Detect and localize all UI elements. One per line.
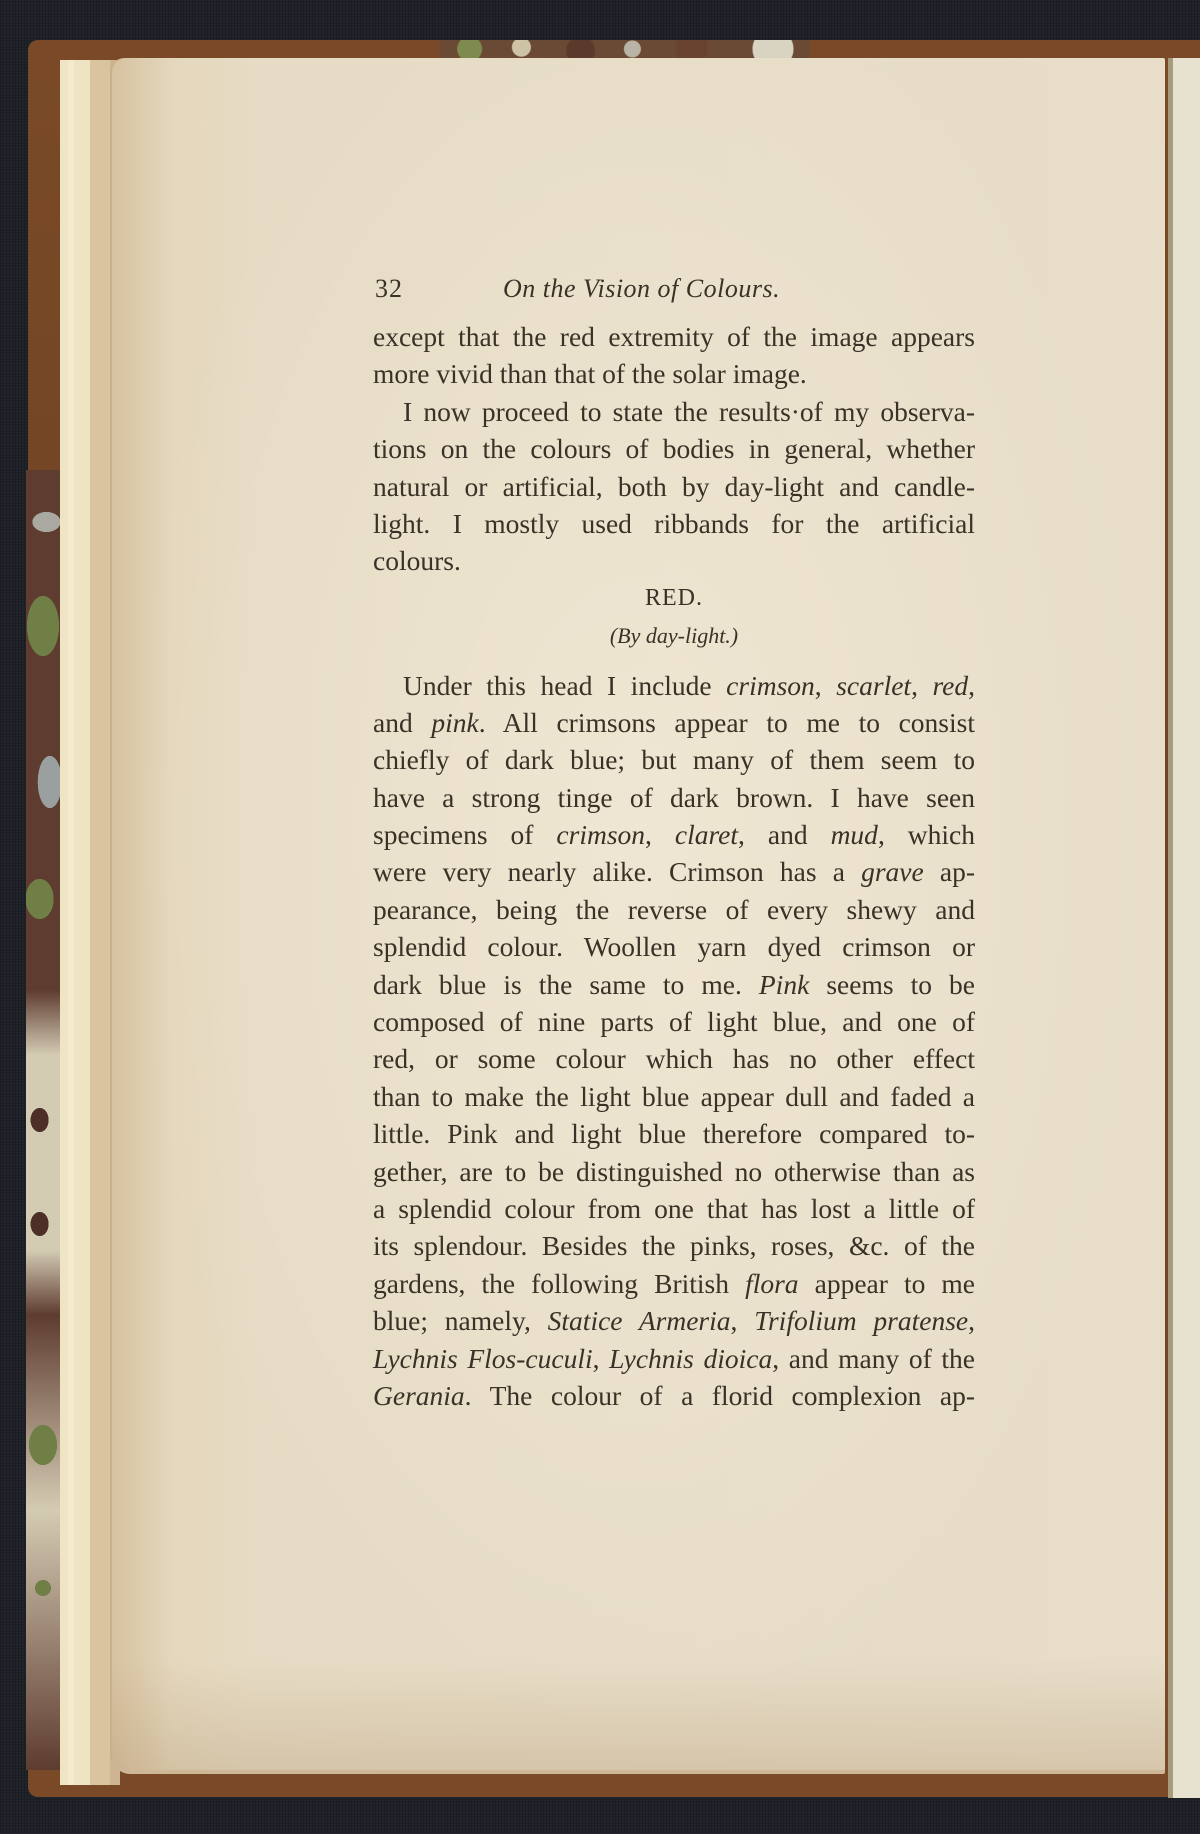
text-line: pearance, being the reverse of every she… bbox=[373, 891, 975, 928]
running-head-title: On the Vision of Colours. bbox=[503, 270, 780, 307]
text-line: have a strong tinge of dark brown. I hav… bbox=[373, 779, 975, 816]
marbled-endpaper-top bbox=[440, 40, 810, 58]
page-stack-edge bbox=[60, 60, 120, 1785]
text-line: Under this head I include crimson, scarl… bbox=[373, 667, 975, 704]
text-line: composed of nine parts of light blue, an… bbox=[373, 1003, 975, 1040]
text-line: I now proceed to state the results·of my… bbox=[373, 393, 975, 430]
text-line: its splendour. Besides the pinks, roses,… bbox=[373, 1227, 975, 1264]
section-subheading-text: (By day-light.) bbox=[610, 623, 738, 648]
marbled-endpaper-left bbox=[26, 470, 60, 1770]
page-text-block: 32 On the Vision of Colours. except that… bbox=[373, 270, 975, 1414]
text-line: were very nearly alike. Crimson has a gr… bbox=[373, 853, 975, 890]
running-head: 32 On the Vision of Colours. bbox=[373, 270, 975, 318]
text-line: Gerania. The colour of a florid complexi… bbox=[373, 1377, 975, 1414]
text-line: more vivid than that of the solar image. bbox=[373, 355, 975, 392]
text-line: splendid colour. Woollen yarn dyed crims… bbox=[373, 928, 975, 965]
text-line: gether, are to be distinguished no other… bbox=[373, 1153, 975, 1190]
text-line: specimens of crimson, claret, and mud, w… bbox=[373, 816, 975, 853]
page-number: 32 bbox=[375, 270, 403, 307]
text-line: little. Pink and light blue therefore co… bbox=[373, 1115, 975, 1152]
text-line: than to make the light blue appear dull … bbox=[373, 1078, 975, 1115]
text-line: a splendid colour from one that has lost… bbox=[373, 1190, 975, 1227]
text-line: red, or some colour which has no other e… bbox=[373, 1040, 975, 1077]
text-line: colours. bbox=[373, 542, 975, 579]
section-heading: RED. bbox=[373, 580, 975, 617]
text-line: blue; namely, Statice Armeria, Trifolium… bbox=[373, 1302, 975, 1339]
page-foxing-stain bbox=[112, 1660, 1165, 1770]
text-line: and pink. All crimsons appear to me to c… bbox=[373, 704, 975, 741]
text-line: dark blue is the same to me. Pink seems … bbox=[373, 966, 975, 1003]
text-line: Lychnis Flos-cuculi, Lychnis dioica, and… bbox=[373, 1340, 975, 1377]
text-line: tions on the colours of bodies in genera… bbox=[373, 430, 975, 467]
text-line: gardens, the following British flora app… bbox=[373, 1265, 975, 1302]
text-line: light. I mostly used ribbands for the ar… bbox=[373, 505, 975, 542]
section-subheading: (By day-light.) bbox=[373, 617, 975, 654]
facing-page-edge bbox=[1168, 58, 1200, 1798]
section-spacer bbox=[373, 655, 975, 667]
text-line: natural or artificial, both by day-light… bbox=[373, 468, 975, 505]
text-line: chiefly of dark blue; but many of them s… bbox=[373, 741, 975, 778]
text-line: except that the red extremity of the ima… bbox=[373, 318, 975, 355]
